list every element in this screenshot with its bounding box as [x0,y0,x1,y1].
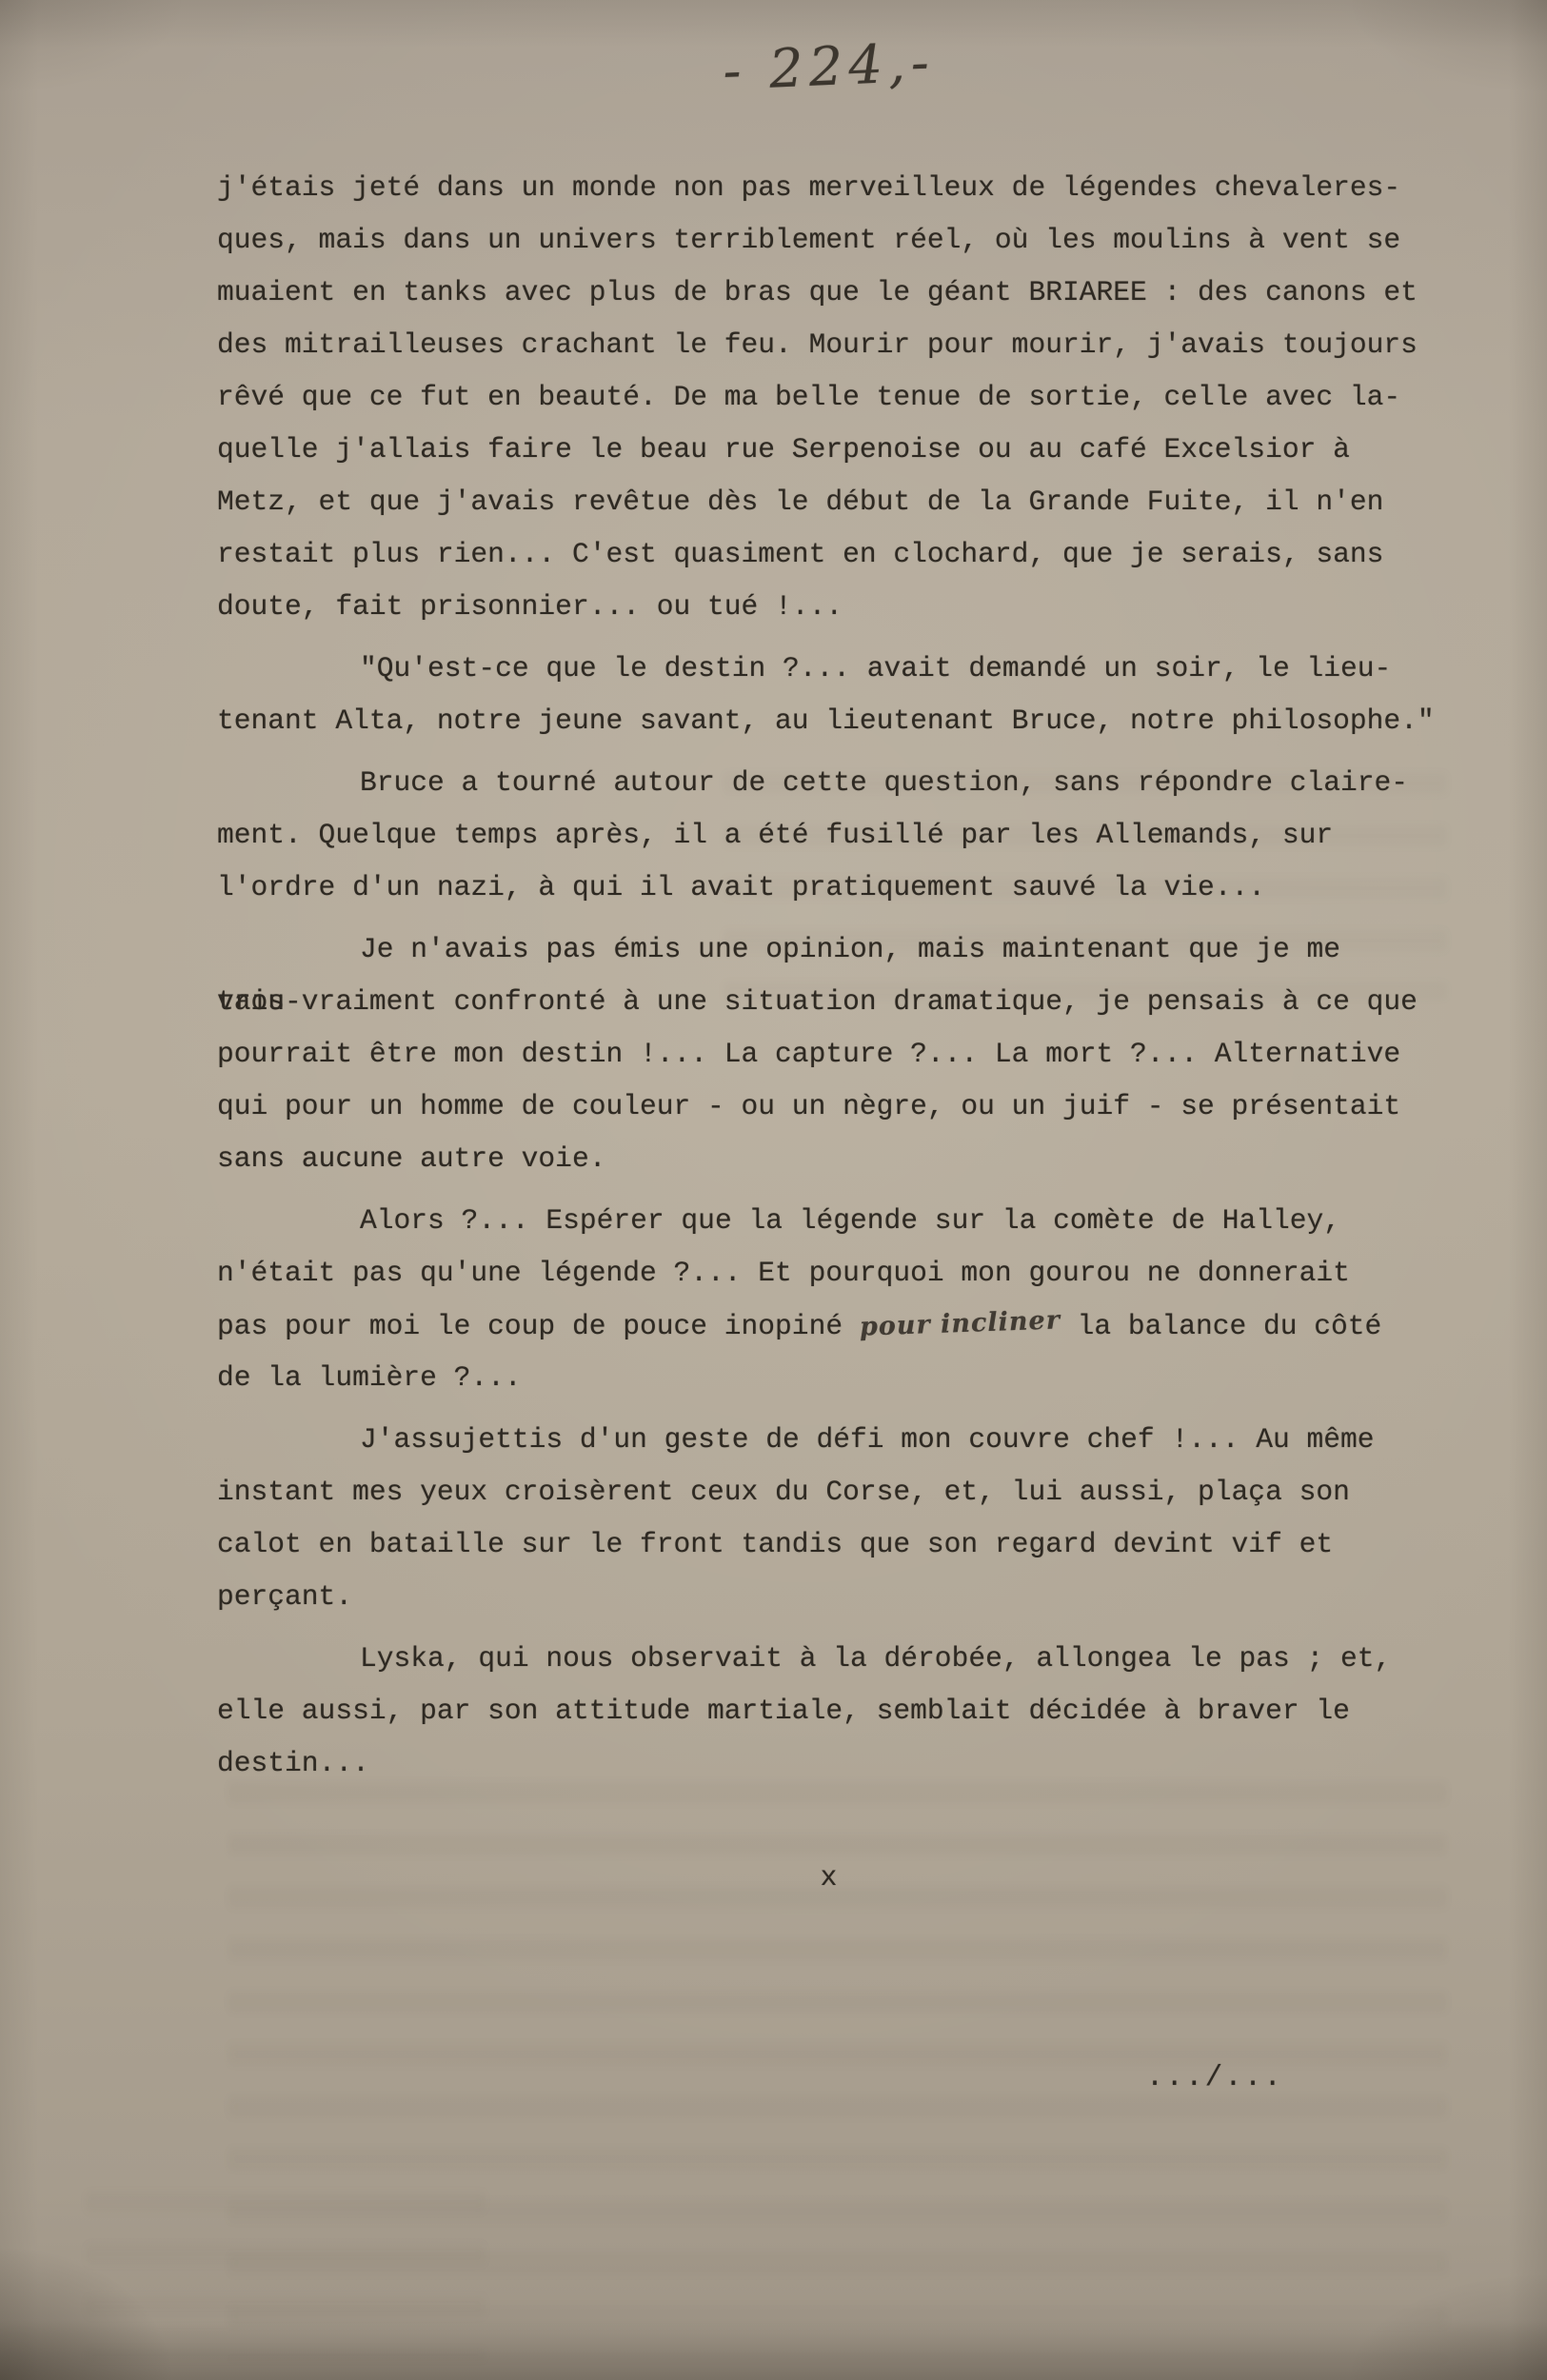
typed-text: quelle j'allais faire le beau rue Serpen… [217,433,1350,466]
typed-text: sans aucune autre voie. [217,1142,605,1175]
continuation-mark: .../... [217,2061,1440,2094]
text-line: quelle j'allais faire le beau rue Serpen… [217,424,1440,476]
text-line: vais vraiment confronté à une situation … [217,976,1440,1028]
typed-text: destin... [217,1747,369,1779]
text-line: doute, fait prisonnier... ou tué !... [217,581,1440,633]
typed-text: de la lumière ?... [217,1361,522,1394]
text-line: sans aucune autre voie. [217,1133,1440,1185]
text-line: Bruce a tourné autour de cette question,… [217,757,1440,809]
text-line: ″Qu'est-ce que le destin ?... avait dema… [217,643,1440,695]
text-line: rêvé que ce fut en beauté. De ma belle t… [217,371,1440,424]
text-line: calot en bataille sur le front tandis qu… [217,1518,1440,1571]
text-line: tenant Alta, notre jeune savant, au lieu… [217,695,1440,747]
typed-text: Metz, et que j'avais revêtue dès le débu… [217,486,1383,518]
text-line: ques, mais dans un univers terriblement … [217,214,1440,267]
text-line: Lyska, qui nous observait à la dérobée, … [217,1633,1440,1685]
typed-text: l'ordre d'un nazi, à qui il avait pratiq… [217,871,1265,903]
handwritten-insert: pour incliner [859,1294,1061,1353]
typed-text: pas pour moi le coup de pouce inopiné [217,1310,860,1342]
typed-text: elle aussi, par son attitude martiale, s… [217,1695,1350,1727]
typed-text: Alors ?... Espérer que la légende sur la… [360,1204,1340,1237]
paragraph: j'étais jeté dans un monde non pas merve… [217,162,1440,633]
paragraph: J'assujettis d'un geste de défi mon couv… [217,1414,1440,1623]
paragraph: ″Qu'est-ce que le destin ?... avait dema… [217,643,1440,747]
paragraph: Alors ?... Espérer que la légende sur la… [217,1195,1440,1404]
text-line: ment. Quelque temps après, il a été fusi… [217,809,1440,862]
typed-text: rêvé que ce fut en beauté. De ma belle t… [217,381,1400,413]
typed-text: doute, fait prisonnier... ou tué !... [217,590,843,623]
typed-text: la balance du côté [1061,1310,1381,1342]
typed-text: Bruce a tourné autour de cette question,… [360,766,1408,799]
text-line: j'étais jeté dans un monde non pas merve… [217,162,1440,214]
typed-text: tenant Alta, notre jeune savant, au lieu… [217,704,1435,737]
typed-text: ″Qu'est-ce que le destin ?... avait dema… [360,652,1391,684]
bleed-through-ghost-text [86,2171,486,2361]
typed-text: qui pour un homme de couleur - ou un nèg… [217,1090,1400,1122]
text-line: instant mes yeux croisèrent ceux du Cors… [217,1466,1440,1518]
text-line: qui pour un homme de couleur - ou un nèg… [217,1081,1440,1133]
text-line: restait plus rien... C'est quasiment en … [217,528,1440,581]
text-line: muaient en tanks avec plus de bras que l… [217,267,1440,319]
text-line: Alors ?... Espérer que la légende sur la… [217,1195,1440,1247]
text-line: pourrait être mon destin !... La capture… [217,1028,1440,1081]
typed-text: n'était pas qu'une légende ?... Et pourq… [217,1257,1350,1289]
typed-text: ment. Quelque temps après, il a été fusi… [217,819,1333,851]
scanned-page: - 224,- j'étais jeté dans un monde non p… [0,0,1547,2380]
text-block: j'étais jeté dans un monde non pas merve… [217,162,1440,1799]
typed-text: Lyska, qui nous observait à la dérobée, … [360,1642,1391,1675]
typed-text: pourrait être mon destin !... La capture… [217,1038,1400,1070]
typed-text: instant mes yeux croisèrent ceux du Cors… [217,1476,1350,1508]
text-line: elle aussi, par son attitude martiale, s… [217,1685,1440,1737]
typed-text: perçant. [217,1580,352,1613]
typed-text: calot en bataille sur le front tandis qu… [217,1528,1333,1560]
typed-text: muaient en tanks avec plus de bras que l… [217,276,1418,308]
page-number-handwritten: - 224,- [216,10,1441,125]
text-line: Metz, et que j'avais revêtue dès le débu… [217,476,1440,528]
typed-text: vais vraiment confronté à une situation … [217,985,1418,1018]
typed-text: des mitrailleuses crachant le feu. Mouri… [217,328,1418,361]
text-line: Je n'avais pas émis une opinion, mais ma… [217,923,1440,976]
text-line: pas pour moi le coup de pouce inopiné po… [217,1299,1440,1352]
text-line: des mitrailleuses crachant le feu. Mouri… [217,319,1440,371]
text-line: J'assujettis d'un geste de défi mon couv… [217,1414,1440,1466]
typed-text: j'étais jeté dans un monde non pas merve… [217,171,1400,204]
typed-text: ques, mais dans un univers terriblement … [217,224,1400,256]
text-line: destin... [217,1737,1440,1790]
text-line: de la lumière ?... [217,1352,1440,1404]
paragraph: Je n'avais pas émis une opinion, mais ma… [217,923,1440,1185]
section-separator: x [217,1861,1440,1894]
text-line: l'ordre d'un nazi, à qui il avait pratiq… [217,862,1440,914]
text-line: perçant. [217,1571,1440,1623]
text-line: n'était pas qu'une légende ?... Et pourq… [217,1247,1440,1299]
paragraph: Bruce a tourné autour de cette question,… [217,757,1440,914]
typed-text: J'assujettis d'un geste de défi mon couv… [360,1423,1375,1456]
paragraph: Lyska, qui nous observait à la dérobée, … [217,1633,1440,1790]
typed-text: restait plus rien... C'est quasiment en … [217,538,1383,570]
